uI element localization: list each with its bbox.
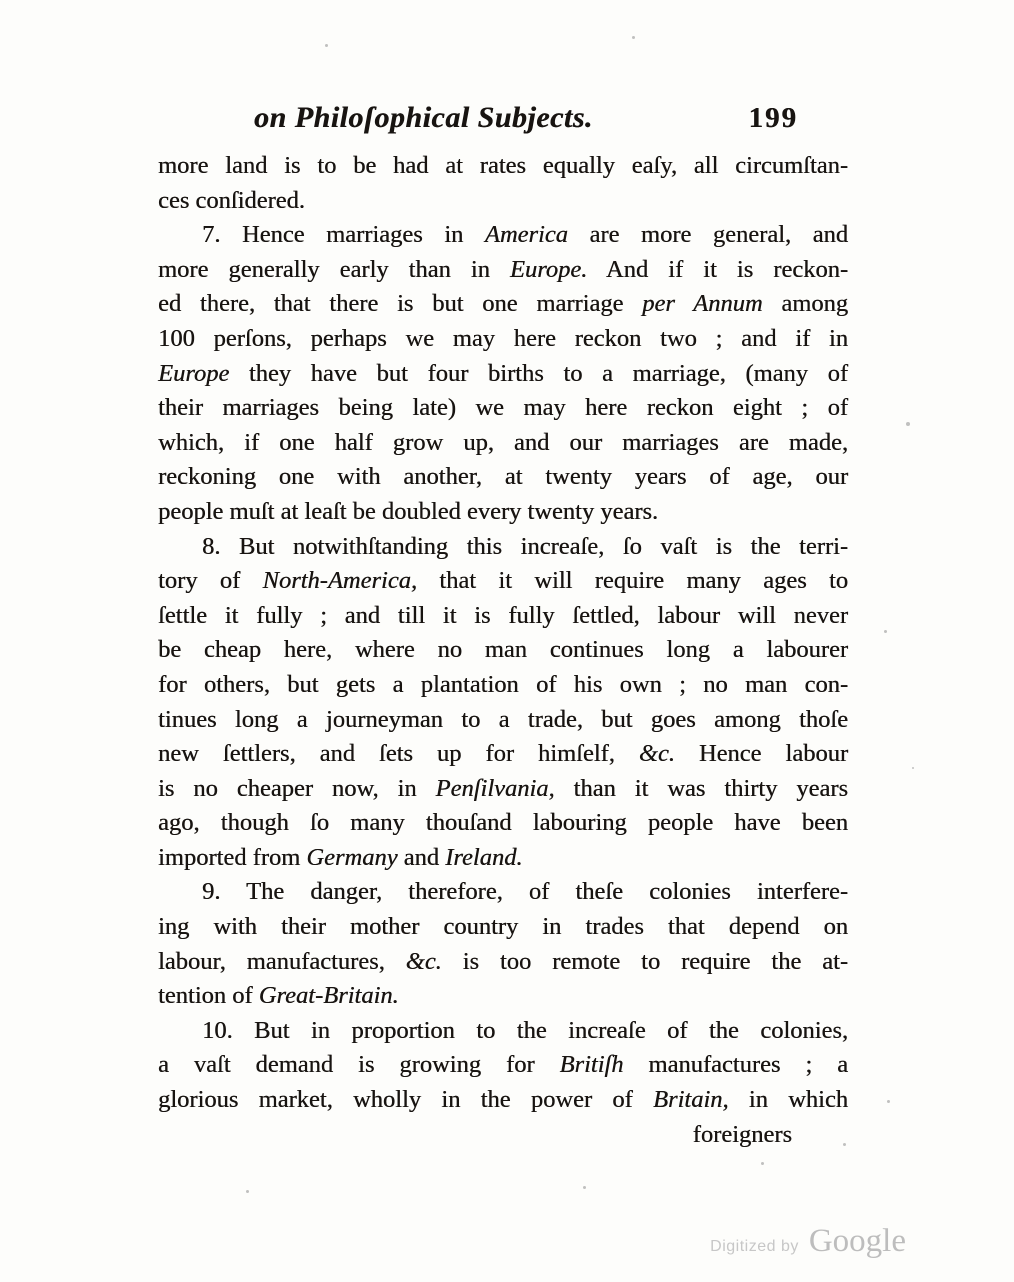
text-line: be cheap here, where no man continues lo…: [158, 633, 848, 668]
scanned-book-page: on Philoſophical Subjects. 199 more land…: [0, 0, 1014, 1282]
text-line: reckoning one with another, at twenty ye…: [158, 460, 848, 495]
scan-speck: [843, 1143, 846, 1146]
text-line: for others, but gets a plantation of his…: [158, 668, 848, 703]
text-line: ing with their mother country in trades …: [158, 910, 848, 945]
text-line: ſettle it fully ; and till it is fully ſ…: [158, 599, 848, 634]
text-line: new ſettlers, and ſets up for himſelf, &…: [158, 737, 848, 772]
scan-speck: [583, 1186, 586, 1189]
text-line: tention of Great-Britain.: [158, 979, 848, 1014]
scan-speck: [761, 1162, 764, 1165]
catchword: foreigners: [158, 1118, 848, 1153]
scan-speck: [906, 422, 910, 426]
scan-speck: [632, 36, 635, 39]
scan-speck: [246, 1190, 249, 1193]
text-line: more generally early than in Europe. And…: [158, 253, 848, 288]
page-body: more land is to be had at rates equally …: [158, 149, 848, 1152]
text-line: people muſt at leaſt be doubled every tw…: [158, 495, 848, 530]
text-line: glorious market, wholly in the power of …: [158, 1083, 848, 1118]
text-line: ed there, that there is but one marriage…: [158, 287, 848, 322]
text-line: labour, manufactures, &c. is too remote …: [158, 945, 848, 980]
text-line: tinues long a journeyman to a trade, but…: [158, 703, 848, 738]
text-line: ces conſidered.: [158, 184, 848, 219]
running-head-title: on Philoſophical Subjects.: [254, 101, 593, 135]
page-header: on Philoſophical Subjects. 199: [158, 101, 848, 135]
text-lines: more land is to be had at rates equally …: [158, 149, 848, 1118]
scan-speck: [884, 630, 887, 633]
text-line: Europe they have but four births to a ma…: [158, 357, 848, 392]
text-line: 10. But in proportion to the increaſe of…: [158, 1014, 848, 1049]
scan-speck: [912, 767, 914, 769]
text-line: 9. The danger, therefore, of theſe colon…: [158, 875, 848, 910]
text-line: imported from Germany and Ireland.: [158, 841, 848, 876]
google-logo: Google: [809, 1223, 906, 1260]
scan-speck: [325, 44, 328, 47]
text-line: their marriages being late) we may here …: [158, 391, 848, 426]
text-line: 8. But notwithſtanding this increaſe, ſo…: [158, 530, 848, 565]
text-line: which, if one half grow up, and our marr…: [158, 426, 848, 461]
text-line: ago, though ſo many thouſand labouring p…: [158, 806, 848, 841]
digitized-by-label: Digitized by: [710, 1238, 799, 1256]
page-number: 199: [749, 102, 799, 135]
text-line: tory of North-America, that it will requ…: [158, 564, 848, 599]
text-line: 7. Hence marriages in America are more g…: [158, 218, 848, 253]
digitization-watermark: Digitized by Google: [710, 1223, 906, 1260]
scan-speck: [887, 1100, 890, 1103]
text-line: more land is to be had at rates equally …: [158, 149, 848, 184]
text-line: a vaſt demand is growing for Britiſh man…: [158, 1048, 848, 1083]
text-line: 100 perſons, perhaps we may here reckon …: [158, 322, 848, 357]
text-line: is no cheaper now, in Penſilvania, than …: [158, 772, 848, 807]
